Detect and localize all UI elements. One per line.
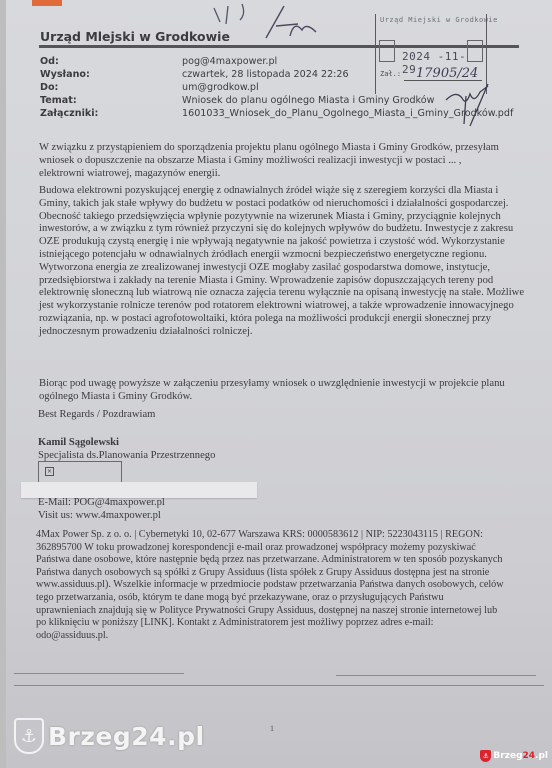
divider-line	[336, 675, 536, 676]
divider-line	[14, 685, 544, 686]
meta-label: Od:	[40, 55, 182, 68]
broken-image-icon: ×	[45, 467, 54, 476]
signer-website: Visit us: www.4maxpower.pl	[38, 510, 165, 523]
meta-value-sent: czwartek, 28 listopada 2024 22:26	[182, 68, 349, 81]
stamp-attachment-label: Zał.:	[380, 70, 401, 78]
watermark-text: Brzeg24.pl	[48, 722, 205, 751]
signer-title: Specjalista ds.Planowania Przestrzennego	[38, 450, 215, 461]
page-number: 1	[270, 724, 274, 733]
stamp-organization: Urząd Miejski w Grodkowie	[380, 16, 498, 24]
brzeg24-corner-logo: ⚓ Brzeg24.pl	[480, 750, 548, 762]
redaction-strip	[21, 482, 257, 498]
divider-line	[14, 673, 184, 674]
stamp-seal-icon	[379, 40, 395, 62]
signer-contact: E-Mail: POG@4maxpower.pl Visit us: www.4…	[38, 497, 165, 523]
scanned-document-page: Urząd Mlejski w Grodkowie Od: pog@4maxpo…	[6, 0, 552, 768]
orange-tab-marker	[32, 0, 62, 6]
closing-regards: Best Regards / Pozdrawiam	[38, 409, 155, 420]
organization-header: Urząd Mlejski w Grodkowie	[40, 29, 230, 44]
anchor-shield-icon: ⚓	[14, 718, 44, 754]
brand-accent: 24	[523, 751, 536, 761]
meta-label: Do:	[40, 81, 182, 94]
company-legal-footer: 4Max Power Sp. z o. o. | Cybernetyki 10,…	[36, 529, 506, 642]
meta-label: Załączniki:	[40, 107, 182, 120]
signer-email: E-Mail: POG@4maxpower.pl	[38, 497, 165, 510]
meta-label: Wysłano:	[40, 68, 182, 81]
brand-suffix: .pl	[535, 751, 548, 761]
signature-scribble	[426, 80, 506, 130]
signer-name: Kamil Sągolewski	[38, 437, 119, 448]
meta-value-subject: Wniosek do planu ogólnego Miasta i Gminy…	[182, 94, 434, 107]
brzeg24-watermark: ⚓ Brzeg24.pl	[14, 718, 205, 754]
shield-logo-icon: ⚓	[480, 750, 491, 762]
stamp-registry-number: 17905/24	[416, 66, 478, 81]
brand-prefix: Brzeg	[493, 751, 522, 761]
paragraph-conclusion: Biorąc pod uwagę powyższe w załączeniu p…	[39, 378, 509, 404]
meta-label: Temat:	[40, 94, 182, 107]
paragraph-intro: W związku z przystąpieniem do sporządzen…	[39, 142, 509, 180]
meta-value-from: pog@4maxpower.pl	[182, 55, 277, 68]
paragraph-benefits: Budowa elektrowni pozyskującej energię z…	[39, 185, 529, 339]
meta-value-to: um@grodkow.pl	[182, 81, 259, 94]
